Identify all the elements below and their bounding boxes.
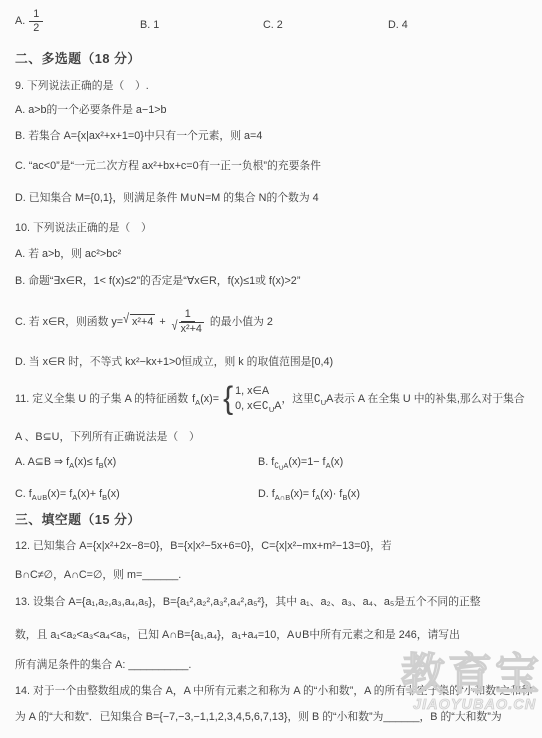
exam-page: A. 1 2 B. 1 C. 2 D. 4 二、多选题（18 分） 9. 下列说… xyxy=(0,0,542,738)
q10-option-d: D. 当 x∈R 时，不等式 kx²−kx+1>0恒成立，则 k 的取值范围是[… xyxy=(15,355,333,370)
section-heading-fillblank: 三、填空题（15 分） xyxy=(15,512,141,527)
q12-line1: 12. 已知集合 A={x|x²+2x−8=0}，B={x|x²−5x+6=0}… xyxy=(15,539,392,554)
section-heading-multiselect: 二、多选题（18 分） xyxy=(15,51,141,66)
q11-stem: 11. 定义全集 U 的子集 A 的特征函数 fA(x)= { 1, x∈A 0… xyxy=(15,381,525,417)
q11-stem2: A 、B⊆U，下列所有正确说法是（ ） xyxy=(15,430,200,445)
q13-line2: 数，且 a₁<a₂<a₃<a₄<a₅，已知 A∩B={a₁,a₄}，a₁+a₄=… xyxy=(15,628,460,643)
radical-icon: √ xyxy=(172,319,179,335)
q9-option-a: A. a>b的一个必要条件是 a−1>b xyxy=(15,103,167,118)
prev-option-c: C. 2 xyxy=(263,18,283,33)
q12-line2: B∩C≠∅，A∩C=∅，则 m=______. xyxy=(15,568,181,583)
prev-option-a-label: A. xyxy=(15,14,25,29)
plus-sign: + xyxy=(159,315,165,330)
q10-option-a: A. 若 a>b，则 ac²>bc² xyxy=(15,247,121,262)
q13-line1: 13. 设集合 A={a₁,a₂,a₃,a₄,a₅}，B={a₁²,a₂²,a₃… xyxy=(15,595,481,610)
q10-option-c: C. 若 x∈R，则函数 y= √ x²+4 + 1 √ x²+4 的最小值为 … xyxy=(15,301,273,343)
q11-stem-after: ，这里∁UA表示 A 在全集 U 中的补集,那么对于集合 xyxy=(281,392,524,407)
prev-option-d: D. 4 xyxy=(388,18,408,33)
left-brace: { xyxy=(223,384,233,413)
q9-option-b: B. 若集合 A={x|ax²+x+1=0}中只有一个元素，则 a=4 xyxy=(15,129,262,144)
q11-stem-before: 11. 定义全集 U 的子集 A 的特征函数 xyxy=(15,392,188,407)
q9-option-c: C. “ac<0”是“一元二次方程 ax²+bx+c=0有一正一负根”的充要条件 xyxy=(15,159,321,174)
q10-option-c-before: C. 若 x∈R，则函数 y= xyxy=(15,315,123,330)
prev-option-b: B. 1 xyxy=(140,18,159,33)
q13-line3: 所有满足条件的集合 A: __________. xyxy=(15,658,191,673)
watermark-logo: 教育宝 xyxy=(401,652,542,698)
prev-option-a: A. 1 2 xyxy=(15,8,43,35)
fraction-one-half: 1 2 xyxy=(29,8,43,35)
radical-icon: √ xyxy=(123,310,130,329)
q11-option-a: A. A⊆B ⇒ fA(x)≤ fB(x) xyxy=(15,455,116,470)
fraction-over-sqrt: 1 √ x²+4 xyxy=(170,308,206,336)
q11-option-b: B. f∁UA(x)=1− fA(x) xyxy=(258,455,343,470)
sqrt-expression: √ x²+4 xyxy=(123,314,155,330)
q9-option-d: D. 已知集合 M={0,1}，则满足条件 M∪N=M 的集合 N的个数为 4 xyxy=(15,191,319,206)
case-line-2: 0, x∈∁UA xyxy=(235,399,281,414)
q10-stem: 10. 下列说法正确的是（ ） xyxy=(15,221,152,236)
q11-option-c: C. fA∪B(x)= fA(x)+ fB(x) xyxy=(15,487,120,502)
q10-option-c-after: 的最小值为 2 xyxy=(210,315,273,330)
case-line-1: 1, x∈A xyxy=(235,384,269,399)
watermark-domain: JIAOYUBAO.CN xyxy=(413,697,536,713)
q9-stem: 9. 下列说法正确的是（ ）. xyxy=(15,79,149,94)
q11-option-d: D. fA∩B(x)= fA(x)· fB(x) xyxy=(258,487,360,502)
piecewise-cases: { 1, x∈A 0, x∈∁UA xyxy=(223,384,281,414)
q11-function-name: fA(x)= xyxy=(192,392,219,407)
q10-option-b: B. 命题“∃x∈R，1< f(x)≤2”的否定是“∀x∈R，f(x)≤1或 f… xyxy=(15,274,300,289)
